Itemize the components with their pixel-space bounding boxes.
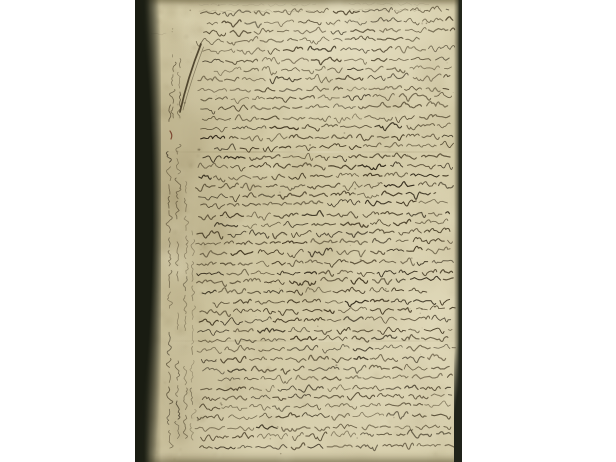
manuscript-page <box>135 0 462 462</box>
scan-background: Single aged paper leaf, bound at the lef… <box>0 0 616 462</box>
handwriting-ink-layer <box>135 0 462 462</box>
